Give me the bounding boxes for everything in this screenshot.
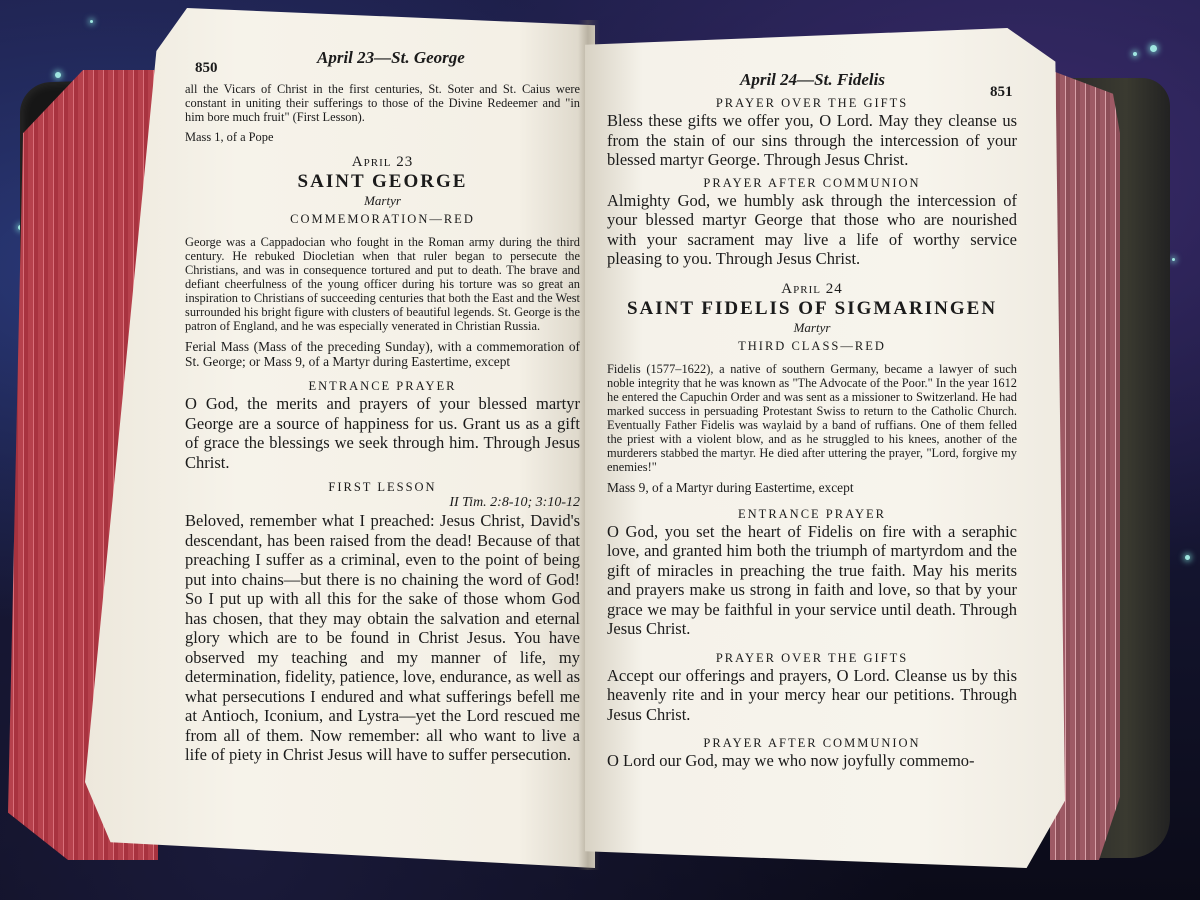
star <box>90 20 93 23</box>
saint-name: SAINT GEORGE <box>185 171 580 193</box>
prayer-after-communion-text: Almighty God, we humbly ask through the … <box>607 191 1017 269</box>
star <box>1150 45 1157 52</box>
prayer-over-gifts-text: Accept our offerings and prayers, O Lord… <box>607 666 1017 725</box>
mass-note: Mass 9, of a Martyr during Eastertime, e… <box>607 480 1017 495</box>
section-heading: ENTRANCE PRAYER <box>607 507 1017 522</box>
star <box>1133 52 1137 56</box>
section-heading: PRAYER AFTER COMMUNION <box>607 736 1017 751</box>
saint-name: SAINT FIDELIS OF SIGMARINGEN <box>607 298 1017 320</box>
saint-title: Martyr <box>607 320 1017 336</box>
section-heading: FIRST LESSON <box>185 480 580 495</box>
running-head: April 24—St. Fidelis <box>740 70 885 90</box>
running-head: April 23—St. George <box>317 48 465 68</box>
prayer-over-gifts-text: Bless these gifts we offer you, O Lord. … <box>607 111 1017 170</box>
section-heading: PRAYER OVER THE GIFTS <box>607 651 1017 666</box>
carryover-mass: Mass 1, of a Pope <box>185 130 580 144</box>
right-page: April 24—St. Fidelis 851 PRAYER OVER THE… <box>585 28 1065 868</box>
star <box>1172 258 1175 261</box>
prayer-after-communion-text: O Lord our God, may we who now joyfully … <box>607 751 1017 771</box>
saint-title: Martyr <box>185 193 580 209</box>
star <box>55 72 61 78</box>
entrance-prayer-text: O God, you set the heart of Fidelis on f… <box>607 522 1017 639</box>
section-heading: PRAYER OVER THE GIFTS <box>607 96 1017 111</box>
page-number: 850 <box>195 60 218 77</box>
carryover-text: all the Vicars of Christ in the first ce… <box>185 82 580 124</box>
first-lesson-text: Beloved, remember what I preached: Jesus… <box>185 511 580 765</box>
section-heading: PRAYER AFTER COMMUNION <box>607 176 1017 191</box>
saint-biography: George was a Cappadocian who fought in t… <box>185 235 580 333</box>
entrance-prayer-text: O God, the merits and prayers of your bl… <box>185 394 580 472</box>
feast-date: April 24 <box>607 281 1017 298</box>
mass-note: Ferial Mass (Mass of the preceding Sunda… <box>185 339 580 369</box>
scripture-citation: II Tim. 2:8-10; 3:10-12 <box>185 495 580 511</box>
left-page: 850 April 23—St. George all the Vicars o… <box>85 8 595 868</box>
star <box>1185 555 1190 560</box>
feast-date: April 23 <box>185 154 580 171</box>
feast-rank: COMMEMORATION—RED <box>185 212 580 227</box>
feast-rank: THIRD CLASS—RED <box>607 339 1017 354</box>
section-heading: ENTRANCE PRAYER <box>185 379 580 394</box>
saint-biography: Fidelis (1577–1622), a native of souther… <box>607 362 1017 474</box>
